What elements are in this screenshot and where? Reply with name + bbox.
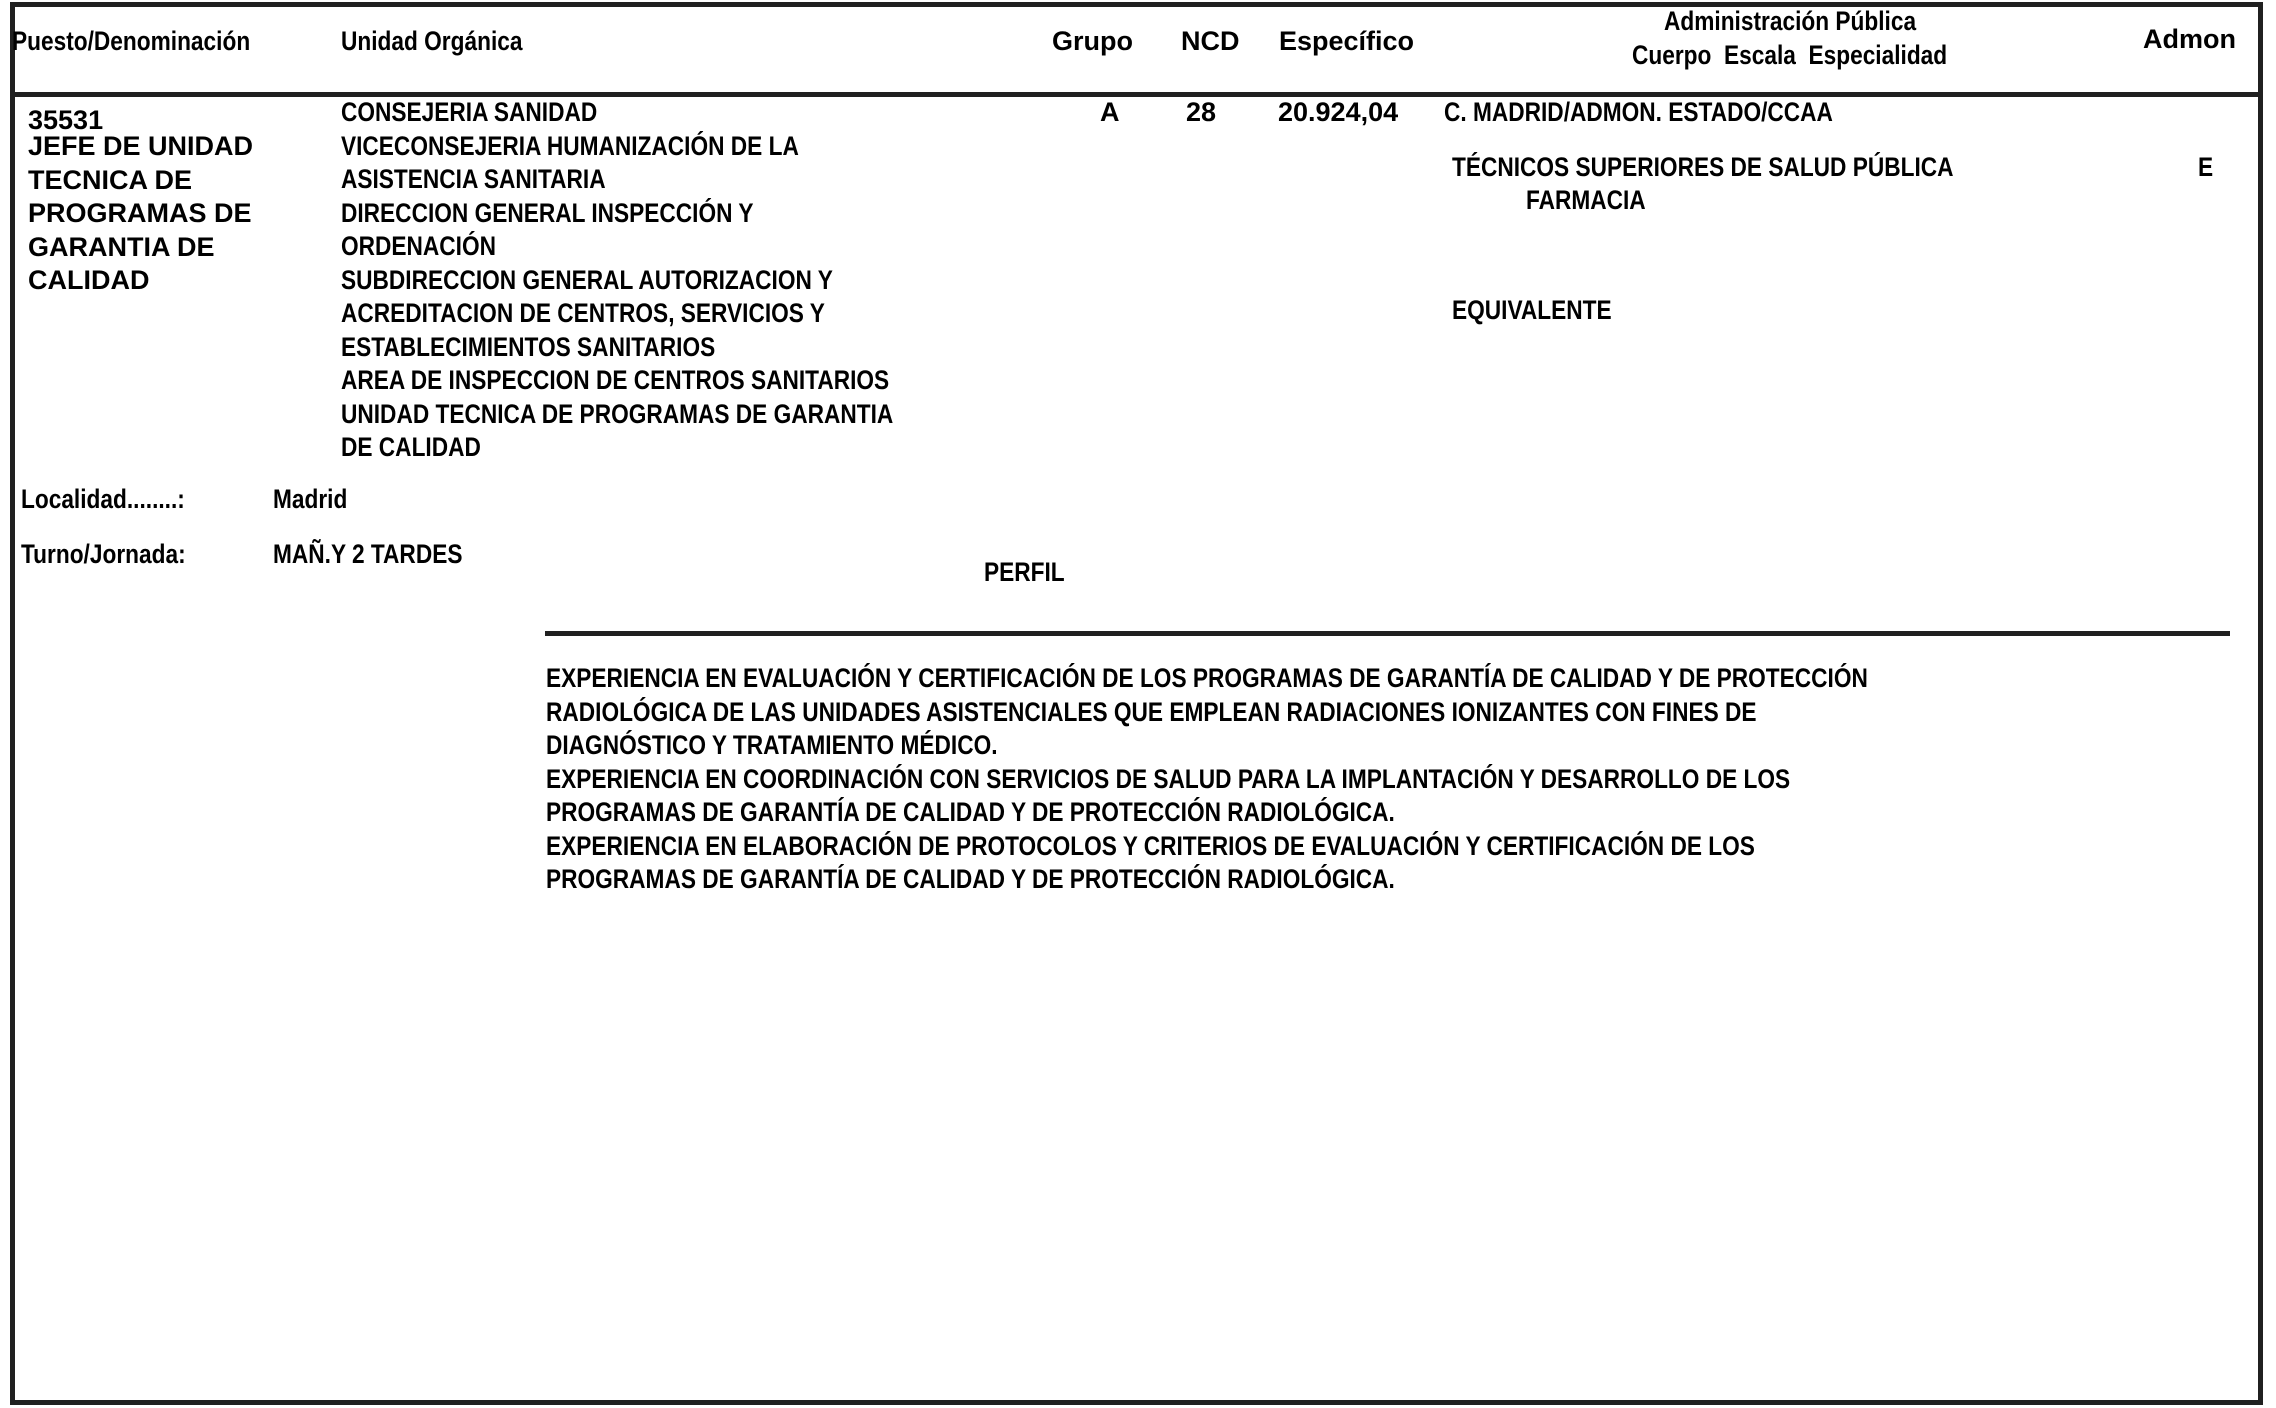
record-ncd: 28 <box>1186 99 1216 126</box>
perfil-line: EXPERIENCIA EN EVALUACIÓN Y CERTIFICACIÓ… <box>546 662 2120 696</box>
perfil-line: PROGRAMAS DE GARANTÍA DE CALIDAD Y DE PR… <box>546 796 2120 830</box>
perfil-line: EXPERIENCIA EN COORDINACIÓN CON SERVICIO… <box>546 763 2120 797</box>
denominacion-line: JEFE DE UNIDAD <box>28 130 253 164</box>
header-puesto: Puesto/Denominación <box>12 28 296 55</box>
perfil-divider <box>545 631 2230 636</box>
unidad-organica-line: AREA DE INSPECCION DE CENTROS SANITARIOS <box>341 364 999 398</box>
header-admin-publica: Administración Pública Cuerpo Escala Esp… <box>1550 8 2030 69</box>
perfil-line: RADIOLÓGICA DE LAS UNIDADES ASISTENCIALE… <box>546 696 2120 730</box>
perfil-line: EXPERIENCIA EN ELABORACIÓN DE PROTOCOLOS… <box>546 830 2120 864</box>
header-unidad: Unidad Orgánica <box>341 28 557 55</box>
record-admon: E <box>2198 154 2216 181</box>
denominacion-line: CALIDAD <box>28 264 253 298</box>
unidad-organica-line: UNIDAD TECNICA DE PROGRAMAS DE GARANTIA <box>341 398 999 432</box>
unidad-organica-line: ORDENACIÓN <box>341 230 999 264</box>
header-ncd: NCD <box>1181 28 1240 55</box>
record-especifico: 20.924,04 <box>1278 99 1398 126</box>
denominacion-line: GARANTIA DE <box>28 231 253 265</box>
perfil-line: PROGRAMAS DE GARANTÍA DE CALIDAD Y DE PR… <box>546 863 2120 897</box>
record-administracion: C. MADRID/ADMON. ESTADO/CCAA <box>1444 99 1907 126</box>
unidad-organica-line: CONSEJERIA SANIDAD <box>341 96 999 130</box>
perfil-title: PERFIL <box>984 559 1080 586</box>
puesto-denominacion: JEFE DE UNIDADTECNICA DEPROGRAMAS DEGARA… <box>28 130 253 298</box>
unidad-organica: CONSEJERIA SANIDADVICECONSEJERIA HUMANIZ… <box>341 96 999 465</box>
record-especialidad: FARMACIA <box>1526 187 1669 214</box>
unidad-organica-line: ESTABLECIMIENTOS SANITARIOS <box>341 331 999 365</box>
header-grupo: Grupo <box>1052 28 1133 55</box>
unidad-organica-line: DIRECCION GENERAL INSPECCIÓN Y <box>341 197 999 231</box>
header-admin-publica-line1: Administración Pública <box>1550 8 2030 35</box>
localidad-value: Madrid <box>273 486 362 513</box>
turno-value: MAÑ.Y 2 TARDES <box>273 541 499 568</box>
header-especifico: Específico <box>1279 28 1414 55</box>
denominacion-line: TECNICA DE <box>28 164 253 198</box>
perfil-line: DIAGNÓSTICO Y TRATAMIENTO MÉDICO. <box>546 729 2120 763</box>
localidad-label: Localidad........: <box>21 486 216 513</box>
unidad-organica-line: DE CALIDAD <box>341 431 999 465</box>
unidad-organica-line: ACREDITACION DE CENTROS, SERVICIOS Y <box>341 297 999 331</box>
record-equivalente: EQUIVALENTE <box>1452 297 1642 324</box>
unidad-organica-line: SUBDIRECCION GENERAL AUTORIZACION Y <box>341 264 999 298</box>
header-admin-publica-line2: Cuerpo Escala Especialidad <box>1550 42 2030 69</box>
header-admon: Admon <box>2143 26 2236 53</box>
denominacion-line: PROGRAMAS DE <box>28 197 253 231</box>
record-cuerpo: TÉCNICOS SUPERIORES DE SALUD PÚBLICA <box>1452 154 2049 181</box>
perfil-text: EXPERIENCIA EN EVALUACIÓN Y CERTIFICACIÓ… <box>546 662 2120 897</box>
turno-label: Turno/Jornada: <box>21 541 217 568</box>
unidad-organica-line: ASISTENCIA SANITARIA <box>341 163 999 197</box>
record-grupo: A <box>1100 99 1120 126</box>
unidad-organica-line: VICECONSEJERIA HUMANIZACIÓN DE LA <box>341 130 999 164</box>
